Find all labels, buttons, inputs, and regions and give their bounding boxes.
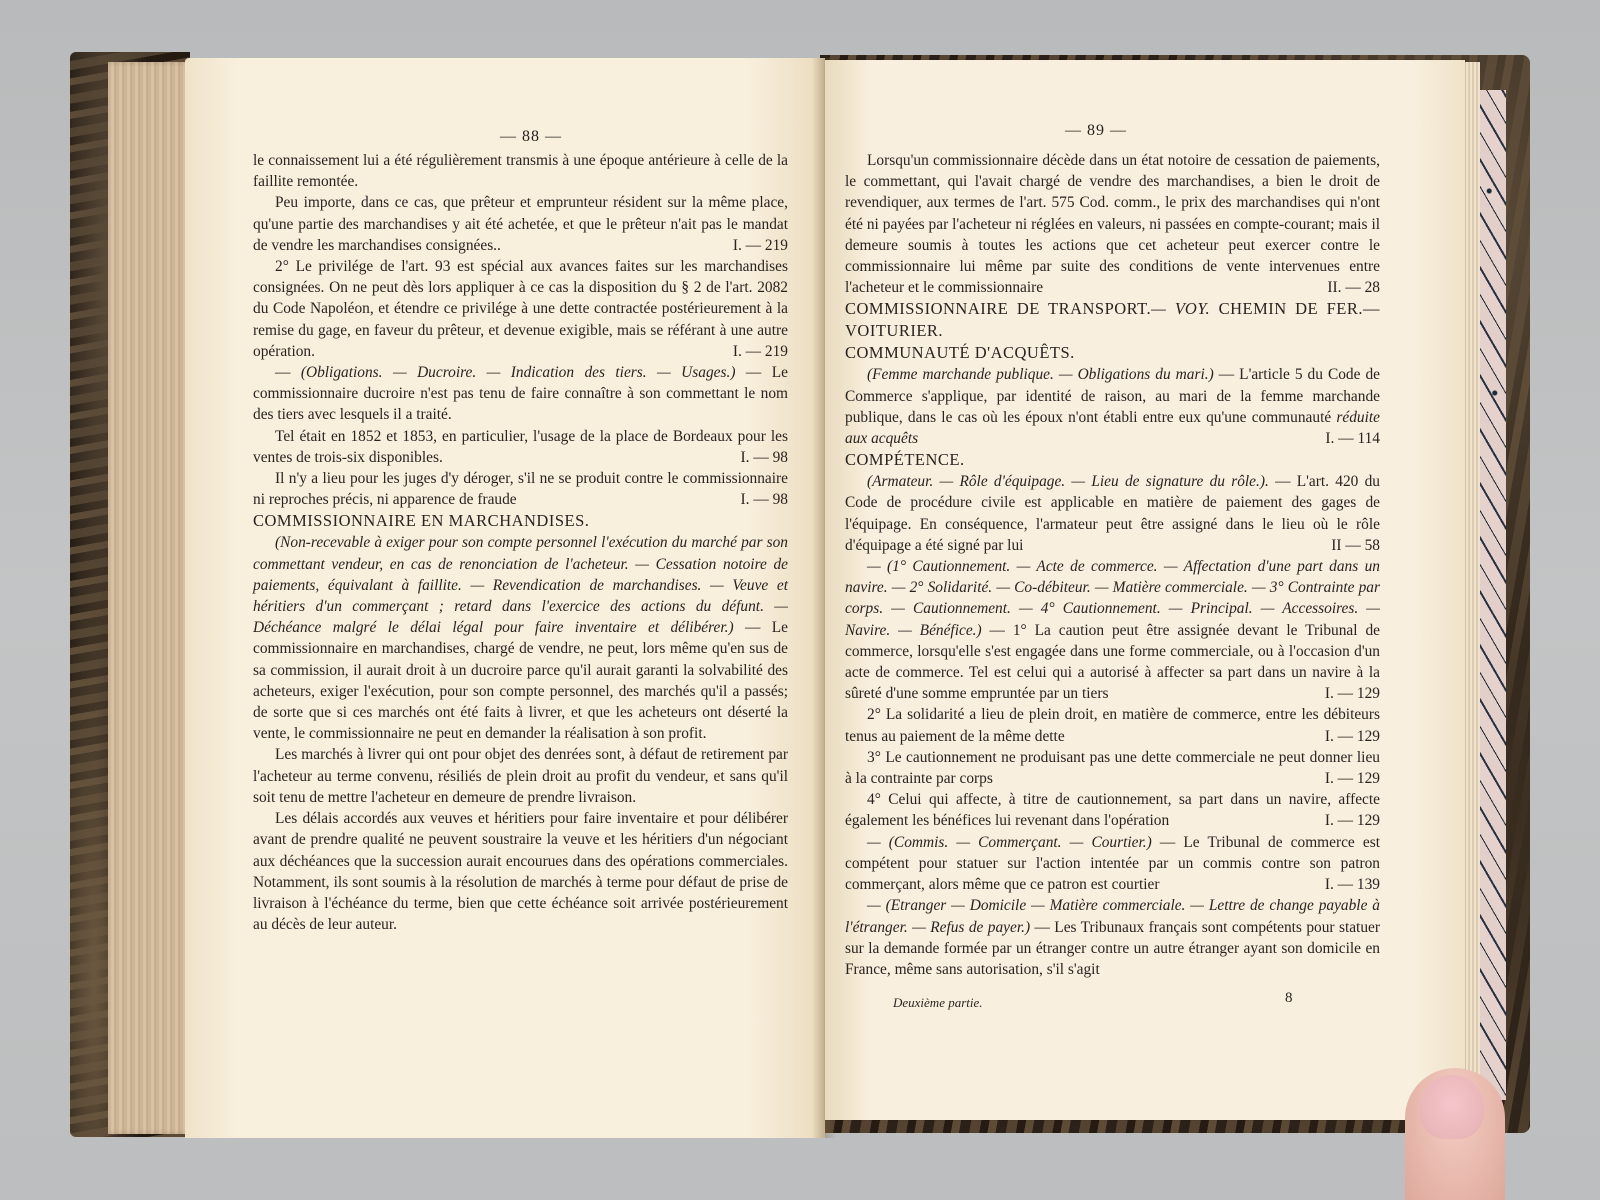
paragraph: 3° Le cautionnement ne produisant pas un… (845, 747, 1380, 789)
ref: I. — 98 (719, 489, 788, 510)
paragraph: (Armateur. — Rôle d'équipage. — Lieu de … (845, 471, 1380, 556)
paragraph: Les délais accordés aux veuves et hériti… (253, 808, 788, 935)
paragraph: le connaissement lui a été régulièrement… (253, 150, 788, 192)
signature-mark: 8 (1285, 990, 1293, 1007)
ref: I. — 129 (1303, 810, 1380, 831)
paragraph: (Non-recevable à exiger pour son compte … (253, 532, 788, 744)
italic-note: (Femme marchande publique. — Obligations… (867, 366, 1214, 383)
page-number: — 89 — (1065, 122, 1127, 140)
italic-note: (Obligations. — Ducroire. — Indication d… (301, 364, 736, 381)
italic-note: (Non-recevable à exiger pour son compte … (253, 534, 788, 636)
ref: II — 58 (1309, 535, 1380, 556)
page-block-edge-left (108, 62, 193, 1134)
italic-note: (Armateur. — Rôle d'équipage. — Lieu de … (867, 473, 1269, 490)
ref: I. — 219 (711, 341, 788, 362)
paragraph: Peu importe, dans ce cas, que prêteur et… (253, 192, 788, 256)
paragraph: 2° Le privilége de l'art. 93 est spécial… (253, 256, 788, 362)
left-page: — 88 — le connaissement lui a été réguli… (185, 58, 825, 1138)
ref: I. — 219 (711, 235, 788, 256)
signature-footer: Deuxième partie. (893, 995, 983, 1011)
page-number: — 88 — (500, 128, 562, 146)
paragraph: Tel était en 1852 et 1853, en particulie… (253, 426, 788, 468)
left-page-text: le connaissement lui a été régulièrement… (253, 150, 788, 935)
paragraph: (Femme marchande publique. — Obligations… (845, 364, 1380, 449)
ref: I. — 98 (719, 447, 788, 468)
entry-heading: COMMISSIONNAIRE DE TRANSPORT.— Voy. Chem… (845, 298, 1380, 342)
right-page: — 89 — Lorsqu'un commissionnaire décède … (825, 60, 1465, 1120)
ref: I. — 129 (1303, 768, 1380, 789)
ref: I. — 114 (1303, 428, 1380, 449)
paragraph: — (Obligations. — Ducroire. — Indication… (253, 362, 788, 426)
right-page-text: Lorsqu'un commissionnaire décède dans un… (845, 150, 1380, 980)
paragraph: Il n'y a lieu pour les juges d'y déroger… (253, 468, 788, 510)
thumbnail (1420, 1075, 1484, 1139)
marbled-endpaper (1478, 90, 1506, 1100)
entry-heading: COMMISSIONNAIRE EN MARCHANDISES. (253, 510, 788, 532)
paragraph: Lorsqu'un commissionnaire décède dans un… (845, 150, 1380, 298)
paragraph: — (Commis. — Commerçant. — Courtier.) — … (845, 832, 1380, 896)
paragraph: — (1° Cautionnement. — Acte de commerce.… (845, 556, 1380, 704)
paragraph: 4° Celui qui affecte, à titre de caution… (845, 789, 1380, 831)
ref: I. — 139 (1303, 874, 1380, 895)
paragraph: 2° La solidarité a lieu de plein droit, … (845, 704, 1380, 746)
ref: I. — 129 (1303, 683, 1380, 704)
paragraph: Les marchés à livrer qui ont pour objet … (253, 744, 788, 808)
ref: II. — 28 (1305, 277, 1380, 298)
italic-note: — (Commis. — Commerçant. — Courtier.) (867, 834, 1152, 851)
entry-heading: COMMUNAUTÉ D'ACQUÊTS. (845, 342, 1380, 364)
ref: I. — 129 (1303, 726, 1380, 747)
entry-heading: COMPÉTENCE. (845, 449, 1380, 471)
paragraph: — (Etranger — Domicile — Matière commerc… (845, 895, 1380, 980)
